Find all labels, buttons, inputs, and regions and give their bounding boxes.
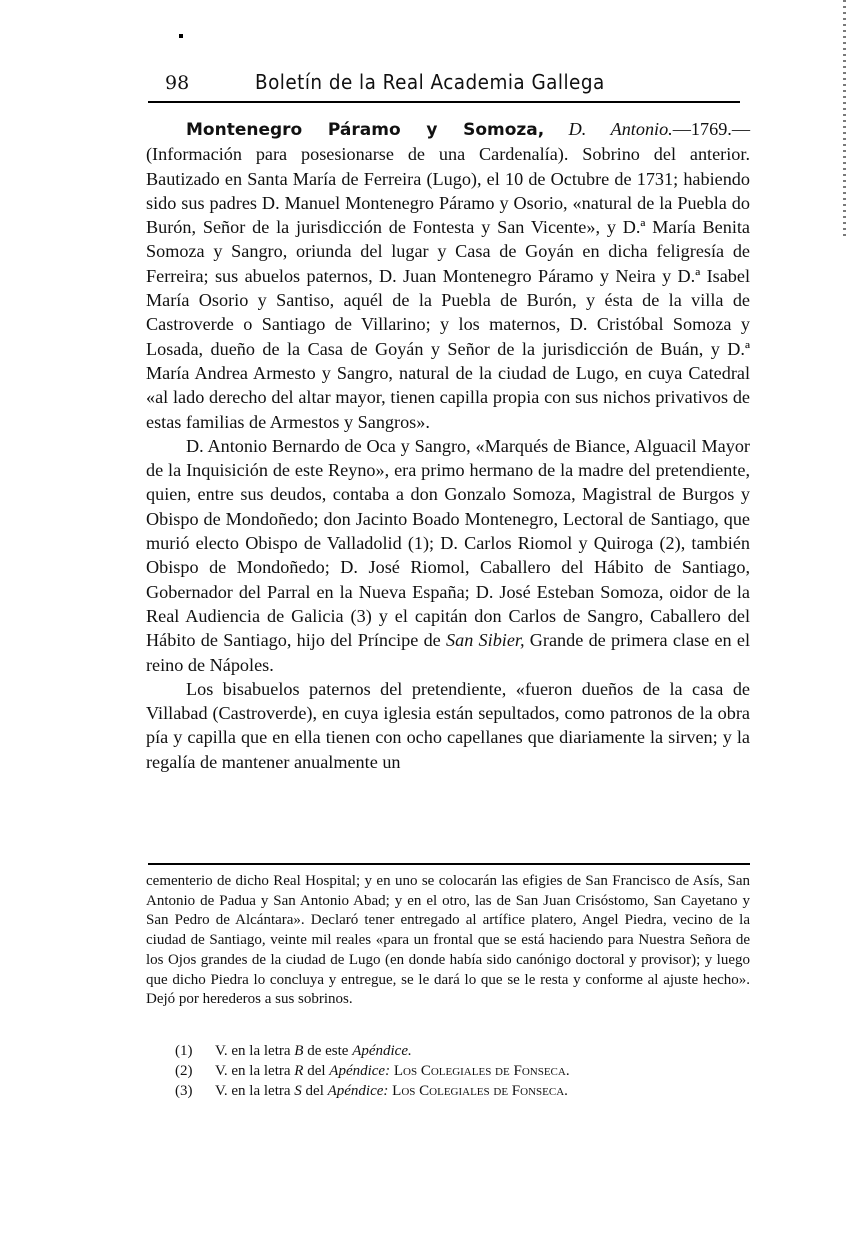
footnote-number: (2) <box>175 1061 215 1081</box>
footnote-text: V. en la letra R del Apéndice: Los Coleg… <box>215 1061 570 1081</box>
entry-paragraph-2: D. Antonio Bernardo de Oca y Sangro, «Ma… <box>146 434 750 677</box>
scan-speck <box>179 34 183 38</box>
entry-title-abbrev: D. <box>569 119 587 139</box>
running-title: Boletín de la Real Academia Gallega <box>255 70 605 94</box>
italic-place: San Sibier, <box>446 630 525 650</box>
entry-date: —1769.— <box>673 119 750 139</box>
entry-paragraph-1: Montenegro Páramo y Somoza, D. Antonio.—… <box>146 117 750 434</box>
entry-paragraph-3: Los bisabuelos paternos del pretendiente… <box>146 677 750 774</box>
footnote-rule <box>148 863 750 865</box>
entry-text: (Información para posesionarse de una Ca… <box>146 144 750 431</box>
footnote-text: V. en la letra B de este Apéndice. <box>215 1041 412 1061</box>
paragraph-text: D. Antonio Bernardo de Oca y Sangro, «Ma… <box>146 436 750 650</box>
footnote-number: (3) <box>175 1081 215 1101</box>
footnote-2: (2) V. en la letra R del Apéndice: Los C… <box>175 1061 735 1081</box>
scanned-page: 98 Boletín de la Real Academia Gallega M… <box>0 0 850 1249</box>
scan-edge-artifact <box>843 0 846 240</box>
footnote-3: (3) V. en la letra S del Apéndice: Los C… <box>175 1081 735 1101</box>
footnote-text: V. en la letra S del Apéndice: Los Coleg… <box>215 1081 568 1101</box>
footnote-1: (1) V. en la letra B de este Apéndice. <box>175 1041 735 1061</box>
entry-given-name: Antonio. <box>611 119 673 139</box>
footnote-number: (1) <box>175 1041 215 1061</box>
main-text: Montenegro Páramo y Somoza, D. Antonio.—… <box>146 117 750 774</box>
header-rule <box>148 101 740 103</box>
footnote-continuation: cementerio de dicho Real Hospital; y en … <box>146 872 750 1010</box>
footnotes-list: (1) V. en la letra B de este Apéndice. (… <box>175 1041 735 1101</box>
running-header: 98 Boletín de la Real Academia Gallega <box>165 70 740 98</box>
entry-heading: Montenegro Páramo y Somoza, <box>186 120 544 140</box>
page-number: 98 <box>165 72 189 94</box>
footnote-area: cementerio de dicho Real Hospital; y en … <box>146 872 750 1010</box>
